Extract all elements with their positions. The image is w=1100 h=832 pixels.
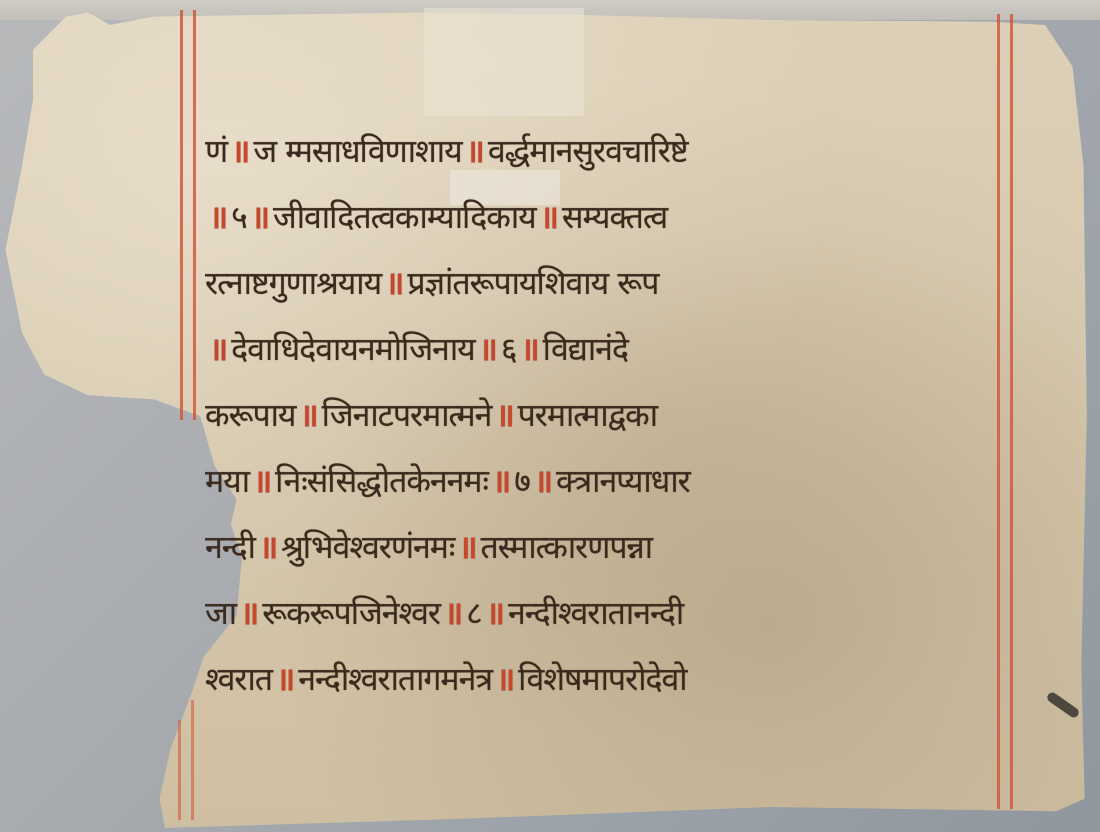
text-segment: नन्दीश्वरातागमनेत्र xyxy=(298,660,492,698)
text-segment: निःसंसिद्धोतकेननमः xyxy=(275,462,488,500)
text-segment: मया xyxy=(205,462,249,500)
text-segment: प्रज्ञांतरूपायशिवाय रूप xyxy=(407,264,658,302)
danda-mark: ॥ xyxy=(209,198,227,236)
text-line-6: मया॥निःसंसिद्धोतकेननमः॥७॥क्त्रानप्याधार xyxy=(205,448,995,514)
text-line-7: नन्दी॥श्रुभिवेश्वरणंनमः॥तस्मात्कारणपन्ना xyxy=(205,514,995,580)
danda-mark: ॥ xyxy=(444,594,462,632)
right-margin-rule-outer xyxy=(997,14,1000,809)
danda-mark: ॥ xyxy=(492,462,510,500)
danda-mark: ॥ xyxy=(299,396,317,434)
text-segment: नन्दी xyxy=(205,528,255,566)
text-segment: नन्दीश्वरातानन्दी xyxy=(508,594,683,632)
text-segment: जा xyxy=(205,594,236,632)
text-line-2: ॥५॥जीवादितत्वकाम्यादिकाय॥सम्यक्तत्व xyxy=(205,184,995,250)
text-segment: विशेषमापरोदेवो xyxy=(518,660,686,698)
text-segment: जिनाटपरमात्मने xyxy=(322,396,492,434)
text-segment: क्त्रानप्याधार xyxy=(556,462,690,500)
danda-mark: ॥ xyxy=(496,660,514,698)
right-margin-rule-inner xyxy=(1010,14,1013,809)
verse-number: ८ xyxy=(466,594,482,632)
left-margin-rule-inner xyxy=(193,10,196,420)
text-segment: रत्नाष्टगुणाश्रयाय xyxy=(205,264,381,302)
text-segment: परमात्माद्वका xyxy=(518,396,657,434)
danda-mark: ॥ xyxy=(251,198,269,236)
danda-mark: ॥ xyxy=(466,132,484,170)
text-line-9: श्वरात॥नन्दीश्वरातागमनेत्र॥विशेषमापरोदेव… xyxy=(205,646,995,712)
text-segment: ज म्मसाधविणाशाय xyxy=(253,132,461,170)
danda-mark: ॥ xyxy=(534,462,552,500)
danda-mark: ॥ xyxy=(479,330,497,368)
text-line-3: रत्नाष्टगुणाश्रयाय॥प्रज्ञांतरूपायशिवाय र… xyxy=(205,250,995,316)
manuscript-text: णं॥ज म्मसाधविणाशाय॥वर्द्धमानसुरवचारिष्टे… xyxy=(205,118,995,712)
danda-mark: ॥ xyxy=(520,330,538,368)
verse-number: ६ xyxy=(501,330,517,368)
text-segment: जीवादितत्वकाम्यादिकाय xyxy=(273,198,536,236)
left-margin-rule-outer xyxy=(180,10,183,420)
danda-mark: ॥ xyxy=(276,660,294,698)
danda-mark: ॥ xyxy=(253,462,271,500)
text-segment: विद्यानंदे xyxy=(543,330,628,368)
left-margin-rule-lower-outer xyxy=(178,720,181,820)
text-segment: रूकरूपजिनेश्वर xyxy=(262,594,440,632)
text-segment: देवाधिदेवायनमोजिनाय xyxy=(231,330,475,368)
danda-mark: ॥ xyxy=(259,528,277,566)
danda-mark: ॥ xyxy=(458,528,476,566)
danda-mark: ॥ xyxy=(240,594,258,632)
verse-number: ७ xyxy=(514,462,530,500)
text-segment: श्रुभिवेश्वरणंनमः xyxy=(281,528,454,566)
text-segment: करूपाय xyxy=(205,396,295,434)
repair-patch xyxy=(424,8,584,116)
text-line-1: णं॥ज म्मसाधविणाशाय॥वर्द्धमानसुरवचारिष्टे xyxy=(205,118,995,184)
danda-mark: ॥ xyxy=(385,264,403,302)
text-line-5: करूपाय॥जिनाटपरमात्मने॥परमात्माद्वका xyxy=(205,382,995,448)
text-segment: तस्मात्कारणपन्ना xyxy=(481,528,653,566)
text-segment: सम्यक्तत्व xyxy=(562,198,667,236)
danda-mark: ॥ xyxy=(209,330,227,368)
text-line-4: ॥देवाधिदेवायनमोजिनाय॥६॥विद्यानंदे xyxy=(205,316,995,382)
text-line-8: जा॥रूकरूपजिनेश्वर॥८॥नन्दीश्वरातानन्दी xyxy=(205,580,995,646)
danda-mark: ॥ xyxy=(231,132,249,170)
left-margin-rule-lower-inner xyxy=(191,700,194,820)
text-segment: श्वरात xyxy=(205,660,272,698)
danda-mark: ॥ xyxy=(486,594,504,632)
danda-mark: ॥ xyxy=(540,198,558,236)
text-segment: णं xyxy=(205,132,227,170)
text-segment: वर्द्धमानसुरवचारिष्टे xyxy=(488,132,688,170)
danda-mark: ॥ xyxy=(495,396,513,434)
verse-number: ५ xyxy=(231,198,247,236)
